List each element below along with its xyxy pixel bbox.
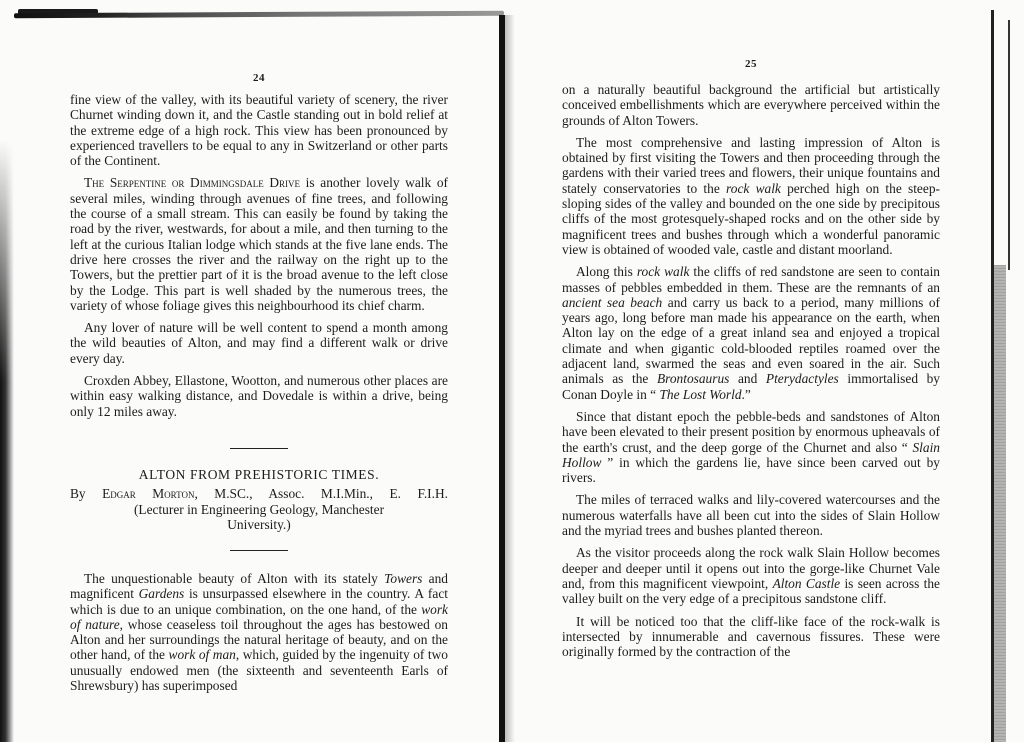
drive-name: The Serpentine or Dimmingsdale Drive	[84, 175, 300, 190]
article-byline: By Edgar Morton, M.SC., Assoc. M.I.Min.,…	[70, 486, 448, 502]
author-credentials: , M.SC., Assoc. M.I.Min., E. F.I.H.	[194, 486, 448, 501]
author-name: Edgar Morton	[102, 486, 194, 501]
paragraph-serpentine-drive: The Serpentine or Dimmingsdale Drive is …	[70, 175, 448, 313]
paragraph-nearby-places: Croxden Abbey, Ellastone, Wootton, and n…	[70, 373, 448, 419]
article-title: ALTON FROM PREHISTORIC TIMES.	[70, 467, 448, 483]
page-number: 24	[70, 72, 448, 84]
paragraph-rock-walk: Along this rock walk the cliffs of red s…	[562, 264, 940, 402]
paragraph-terraced-walks: The miles of terraced walks and lily-cov…	[562, 492, 940, 538]
paragraph-visitor-proceeds: As the visitor proceeds along the rock w…	[562, 545, 940, 606]
gutter-shadow	[505, 15, 515, 742]
page-stack-edges	[994, 265, 1006, 742]
article-header: ALTON FROM PREHISTORIC TIMES. By Edgar M…	[70, 467, 448, 532]
paragraph-distant-epoch: Since that distant epoch the pebble-beds…	[562, 409, 940, 485]
paragraph-valley-view: fine view of the valley, with its beauti…	[70, 92, 448, 168]
left-page-outer-edge	[0, 140, 14, 742]
paragraph-lover-of-nature: Any lover of nature will be well content…	[70, 320, 448, 366]
book-spread: 24 fine view of the valley, with its bea…	[0, 0, 1024, 742]
paragraph-fissures: It will be noticed too that the cliff-li…	[562, 614, 940, 660]
paragraph-lasting-impression: The most comprehensive and lasting impre…	[562, 135, 940, 257]
page-number: 25	[562, 58, 940, 70]
author-affiliation: (Lecturer in Engineering Geology, Manche…	[70, 502, 448, 532]
right-page-body: on a naturally beautiful background the …	[562, 82, 940, 666]
paragraph-continuation: on a naturally beautiful background the …	[562, 82, 940, 128]
left-page-body: fine view of the valley, with its beauti…	[70, 92, 448, 700]
right-page-edge-outer	[1008, 20, 1010, 270]
paragraph-unquestionable-beauty: The unquestionable beauty of Alton with …	[70, 571, 448, 693]
